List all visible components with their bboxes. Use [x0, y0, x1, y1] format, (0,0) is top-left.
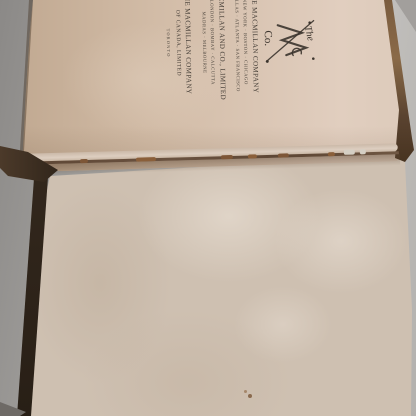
macmillan-monogram-icon: The Co. [262, 18, 319, 65]
colophon-line-city-toronto: TORONTO [165, 0, 171, 108]
monogram-text-co: Co. [262, 30, 274, 46]
colophon-line-cities-3: LONDON · BOMBAY · CALCUTTA [208, 0, 215, 107]
colophon-line-publisher-2: MACMILLAN AND CO., LIMITED [216, 0, 225, 107]
rust-stain [328, 152, 335, 156]
colophon-line-publisher-1: THE MACMILLAN COMPANY [250, 0, 259, 107]
paper-chip [360, 149, 366, 154]
foxing-speck [248, 394, 252, 398]
colophon-line-cities-4: MADRAS · MELBOURNE [200, 0, 207, 108]
rust-stain [136, 157, 156, 162]
monogram-text-the: The [302, 25, 316, 43]
rust-stain [248, 154, 257, 158]
publisher-colophon: The Co. THE MACMILLAN COMPANY NEW YORK ·… [151, 0, 319, 108]
colophon-line-cities-1: NEW YORK · BOSTON · CHICAGO [242, 0, 249, 107]
rust-stain [80, 159, 88, 163]
foxing-speck [244, 390, 247, 393]
background-corner [395, 0, 416, 32]
colophon-line-cities-2: DALLAS · ATLANTA · SAN FRANCISCO [233, 0, 240, 107]
rust-stain [221, 155, 233, 159]
colophon-line-publisher-3b: OF CANADA, LIMITED [174, 0, 182, 108]
book-photo: The Co. THE MACMILLAN COMPANY NEW YORK ·… [0, 0, 416, 416]
colophon-line-publisher-3: THE MACMILLAN COMPANY [183, 0, 192, 108]
paper-chip [344, 150, 355, 155]
rust-stain [278, 153, 289, 157]
